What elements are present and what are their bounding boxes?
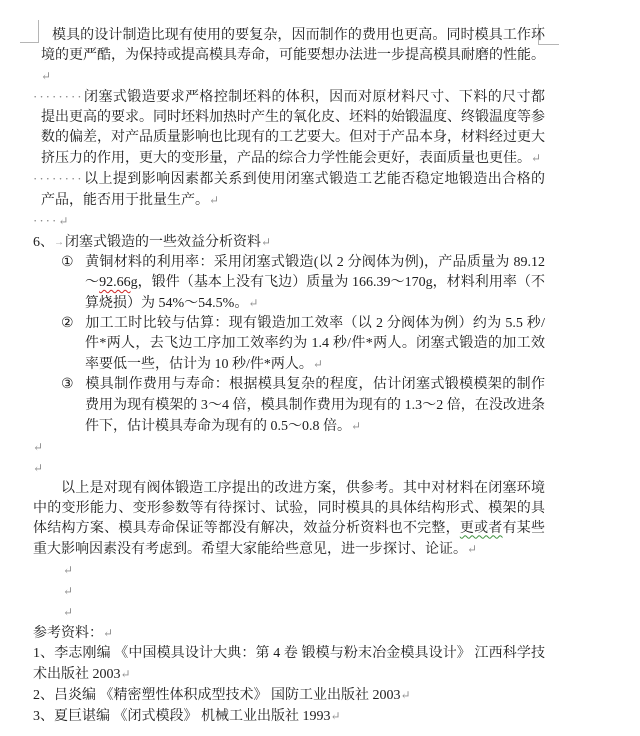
paragraph-mark-icon: ↵ [33, 440, 43, 454]
paragraph-mark-icon: ↵ [531, 151, 541, 165]
paragraph-mark-icon: ↵ [261, 235, 271, 249]
tab-mark-icon: → [74, 253, 85, 273]
paragraph-text: 闭塞式锻造要求严格控制坯料的体积，因而对原材料尺寸、下料的尺寸都提出更高的要求。… [41, 90, 545, 166]
circled-number: ③ [61, 378, 74, 393]
paragraph-mark-icon: ↵ [63, 563, 73, 577]
empty-paragraph: ↵ [33, 458, 545, 479]
spellcheck-underlined-text: 92.66 [99, 275, 131, 290]
paragraph-mark-icon: ↵ [467, 542, 477, 556]
paragraph-text: 以上提到影响因素都关系到使用闭塞式锻造工艺能否稳定地锻造出合格的产品，能否用于批… [41, 172, 545, 208]
reference-item: 3、夏巨谌编 《闭式模段》 机械工业出版社 1993↵ [33, 706, 545, 727]
empty-paragraph: ↵ [33, 437, 545, 458]
section-title: 闭塞式锻造的一些效益分析资料 [65, 235, 261, 250]
paragraph-mark-icon: ↵ [58, 214, 68, 228]
grammar-underlined-text: 更或者 [460, 521, 503, 536]
tab-mark-icon: → [74, 375, 85, 395]
paragraph-mark-icon: ↵ [401, 688, 411, 702]
reference-item: 1、李志刚编 《中国模具设计大典：第 4 卷 锻模与粉末冶金模具设计》 江西科学… [33, 644, 545, 685]
paragraph-mark-icon: ↵ [351, 419, 361, 433]
paragraph-blank-control: ········闭塞式锻造要求严格控制坯料的体积，因而对原材料尺寸、下料的尺寸都… [41, 87, 545, 169]
paragraph-summary: 以上是对现有阀体锻造工序提出的改进方案，供参考。其中对材料在闭塞环境中的变形能力… [33, 479, 545, 560]
references-section: 参考资料：↵ 1、李志刚编 《中国模具设计大典：第 4 卷 锻模与粉末冶金模具设… [33, 623, 545, 727]
reference-text: 2、吕炎编 《精密塑性体积成型技术》 国防工业出版社 2003 [33, 688, 401, 703]
paragraph-mark-icon: ↵ [33, 461, 43, 475]
circled-number: ② [61, 316, 74, 331]
heading-text: 参考资料： [33, 626, 103, 641]
paragraph-influence: ········以上提到影响因素都关系到使用闭塞式锻造工艺能否稳定地锻造出合格的… [41, 169, 545, 211]
reference-text: 1、李志刚编 《中国模具设计大典：第 4 卷 锻模与粉末冶金模具设计》 江西科学… [33, 646, 545, 682]
paragraph-mark-icon: ↵ [63, 584, 73, 598]
list-number: 6、 [33, 235, 54, 250]
tab-mark-icon: → [74, 314, 85, 334]
space-dots-icon: ···· [33, 213, 58, 228]
list-item-process-time: ②→加工工时比较与估算：现有锻造加工效率（以 2 分阀体为例）约为 5.5 秒/… [85, 314, 545, 375]
section-6-heading: 6、→闭塞式锻造的一些效益分析资料↵ [33, 232, 545, 253]
paragraph-mark-icon: ↵ [121, 667, 131, 681]
reference-item: 2、吕炎编 《精密塑性体积成型技术》 国防工业出版社 2003↵ [33, 685, 545, 706]
paragraph-mark-icon: ↵ [103, 626, 113, 640]
space-dots-icon: ········ [33, 89, 84, 104]
paragraph-mark-icon: ↵ [209, 193, 219, 207]
document-body: 模具的设计制造比现有使用的要复杂，因而制作的费用也更高。同时模具工作环境的更严酷… [33, 26, 545, 727]
list-item-die-cost: ③→模具制作费用与寿命：根据模具复杂的程度，估计闭塞式锻模模架的制作费用为现有模… [85, 375, 545, 436]
empty-paragraph: ↵ [63, 602, 545, 623]
tab-mark-icon: → [54, 233, 65, 253]
empty-paragraph: ↵ [63, 560, 545, 581]
references-heading: 参考资料：↵ [33, 623, 545, 644]
item-text: g，锻件（基本上没有飞边）质量为 166.39～170g，材料利用率（不算烧损）… [85, 275, 545, 311]
paragraph-mark-icon: ↵ [63, 605, 73, 619]
paragraph-text: 模具的设计制造比现有使用的要复杂，因而制作的费用也更高。同时模具工作环境的更严酷… [41, 28, 545, 63]
paragraph-mark-icon: ↵ [41, 69, 51, 83]
paragraph-mold-design: 模具的设计制造比现有使用的要复杂，因而制作的费用也更高。同时模具工作环境的更严酷… [41, 26, 545, 87]
document-page: 模具的设计制造比现有使用的要复杂，因而制作的费用也更高。同时模具工作环境的更严酷… [0, 0, 640, 736]
paragraph-mark-icon: ↵ [331, 709, 341, 723]
reference-text: 3、夏巨谌编 《闭式模段》 机械工业出版社 1993 [33, 709, 331, 724]
paragraph-mark-icon: ↵ [313, 357, 323, 371]
item-text: 模具制作费用与寿命：根据模具复杂的程度，估计闭塞式锻模模架的制作费用为现有模架的… [85, 378, 545, 434]
circled-number: ① [61, 255, 74, 270]
empty-paragraph: ····↵ [33, 211, 545, 232]
empty-paragraph: ↵ [63, 581, 545, 602]
list-item-brass-utilization: ①→黄铜材料的利用率：采用闭塞式锻造(以 2 分阀体为例)，产品质量为 89.1… [85, 253, 545, 314]
paragraph-mark-icon: ↵ [248, 296, 258, 310]
space-dots-icon: ········ [33, 171, 84, 186]
